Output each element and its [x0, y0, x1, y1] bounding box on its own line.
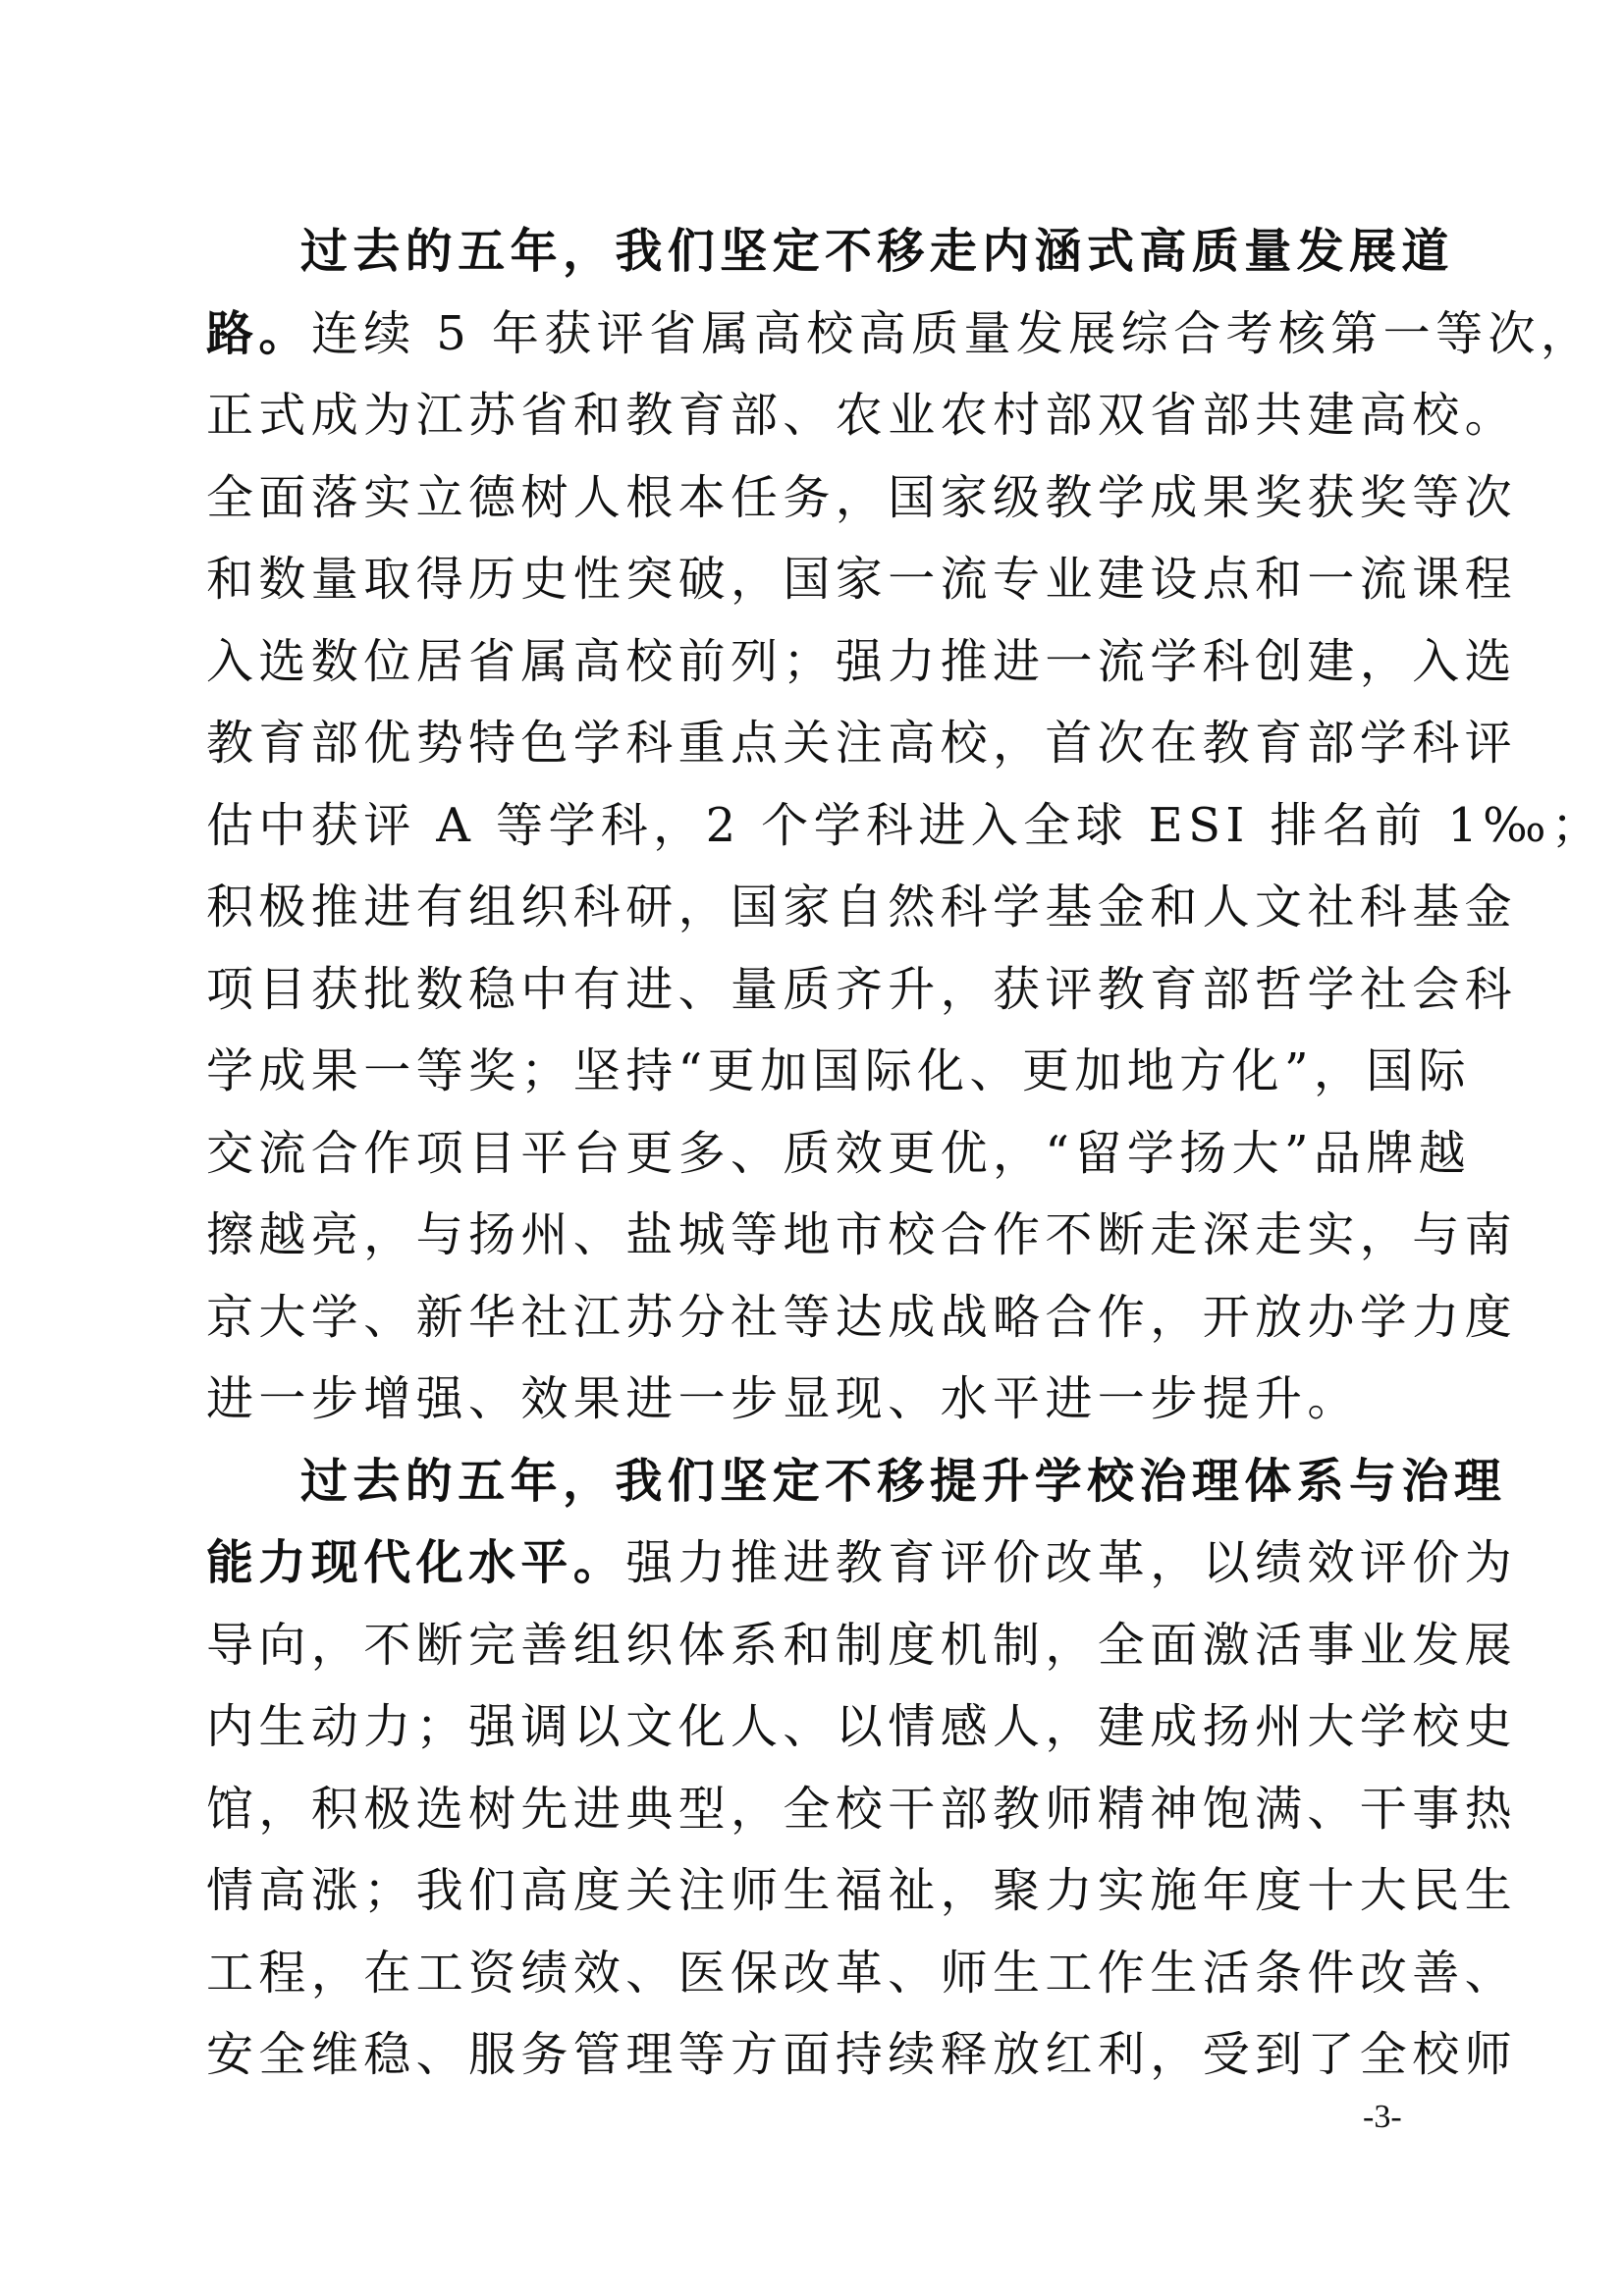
text-line: 擦越亮，与扬州、盐城等地市校合作不断走深走实，与南 [206, 1195, 1434, 1277]
text-line: 入选数位居省属高校前列；强力推进一流学科创建，入选 [206, 621, 1434, 704]
bold-heading-text: 路。 [206, 306, 311, 361]
text-line: 过去的五年，我们坚定不移提升学校治理体系与治理 [206, 1441, 1434, 1523]
text-line: 安全维稳、服务管理等方面持续释放红利，受到了全校师 [206, 2014, 1434, 2097]
text-line: 全面落实立德树人根本任务，国家级教学成果奖获奖等次 [206, 457, 1434, 540]
text-line: 过去的五年，我们坚定不移走内涵式高质量发展道 [206, 211, 1434, 294]
paragraph-1: 过去的五年，我们坚定不移走内涵式高质量发展道 路。连续 5 年获评省属高校高质量… [206, 211, 1434, 1441]
text-line: 导向，不断完善组织体系和制度机制，全面激活事业发展 [206, 1605, 1434, 1687]
text-line: 情高涨；我们高度关注师生福祉，聚力实施年度十大民生 [206, 1850, 1434, 1933]
text-line: 进一步增强、效果进一步显现、水平进一步提升。 [206, 1359, 1434, 1441]
text-line: 馆，积极选树先进典型，全校干部教师精神饱满、干事热 [206, 1769, 1434, 1851]
text-line: 路。连续 5 年获评省属高校高质量发展综合考核第一等次， [206, 294, 1434, 376]
text-line: 正式成为江苏省和教育部、农业农村部双省部共建高校。 [206, 375, 1434, 457]
text-line: 交流合作项目平台更多、质效更优，“留学扬大”品牌越 [206, 1113, 1434, 1196]
paragraph-2: 过去的五年，我们坚定不移提升学校治理体系与治理 能力现代化水平。强力推进教育评价… [206, 1441, 1434, 2097]
text-line: 工程，在工资绩效、医保改革、师生工作生活条件改善、 [206, 1933, 1434, 2015]
page-number: -3- [1363, 2099, 1402, 2136]
text-line: 内生动力；强调以文化人、以情感人，建成扬州大学校史 [206, 1686, 1434, 1769]
body-text: 连续 5 年获评省属高校高质量发展综合考核第一等次， [311, 306, 1593, 361]
text-line: 教育部优势特色学科重点关注高校，首次在教育部学科评 [206, 703, 1434, 785]
body-text: 强力推进教育评价改革，以绩效评价为 [625, 1535, 1517, 1590]
document-page: 过去的五年，我们坚定不移走内涵式高质量发展道 路。连续 5 年获评省属高校高质量… [206, 211, 1434, 2097]
text-line: 能力现代化水平。强力推进教育评价改革，以绩效评价为 [206, 1522, 1434, 1605]
text-line: 估中获评 A 等学科，2 个学科进入全球 ESI 排名前 1‰； [206, 785, 1434, 868]
text-line: 学成果一等奖；坚持“更加国际化、更加地方化”，国际 [206, 1031, 1434, 1113]
bold-heading-text: 过去的五年，我们坚定不移走内涵式高质量发展道 [300, 224, 1454, 279]
bold-heading-text: 能力现代化水平。 [206, 1535, 625, 1590]
text-line: 京大学、新华社江苏分社等达成战略合作，开放办学力度 [206, 1277, 1434, 1360]
bold-heading-text: 过去的五年，我们坚定不移提升学校治理体系与治理 [300, 1454, 1506, 1509]
text-line: 项目获批数稳中有进、量质齐升，获评教育部哲学社会科 [206, 949, 1434, 1032]
text-line: 积极推进有组织科研，国家自然科学基金和人文社科基金 [206, 867, 1434, 949]
text-line: 和数量取得历史性突破，国家一流专业建设点和一流课程 [206, 539, 1434, 621]
